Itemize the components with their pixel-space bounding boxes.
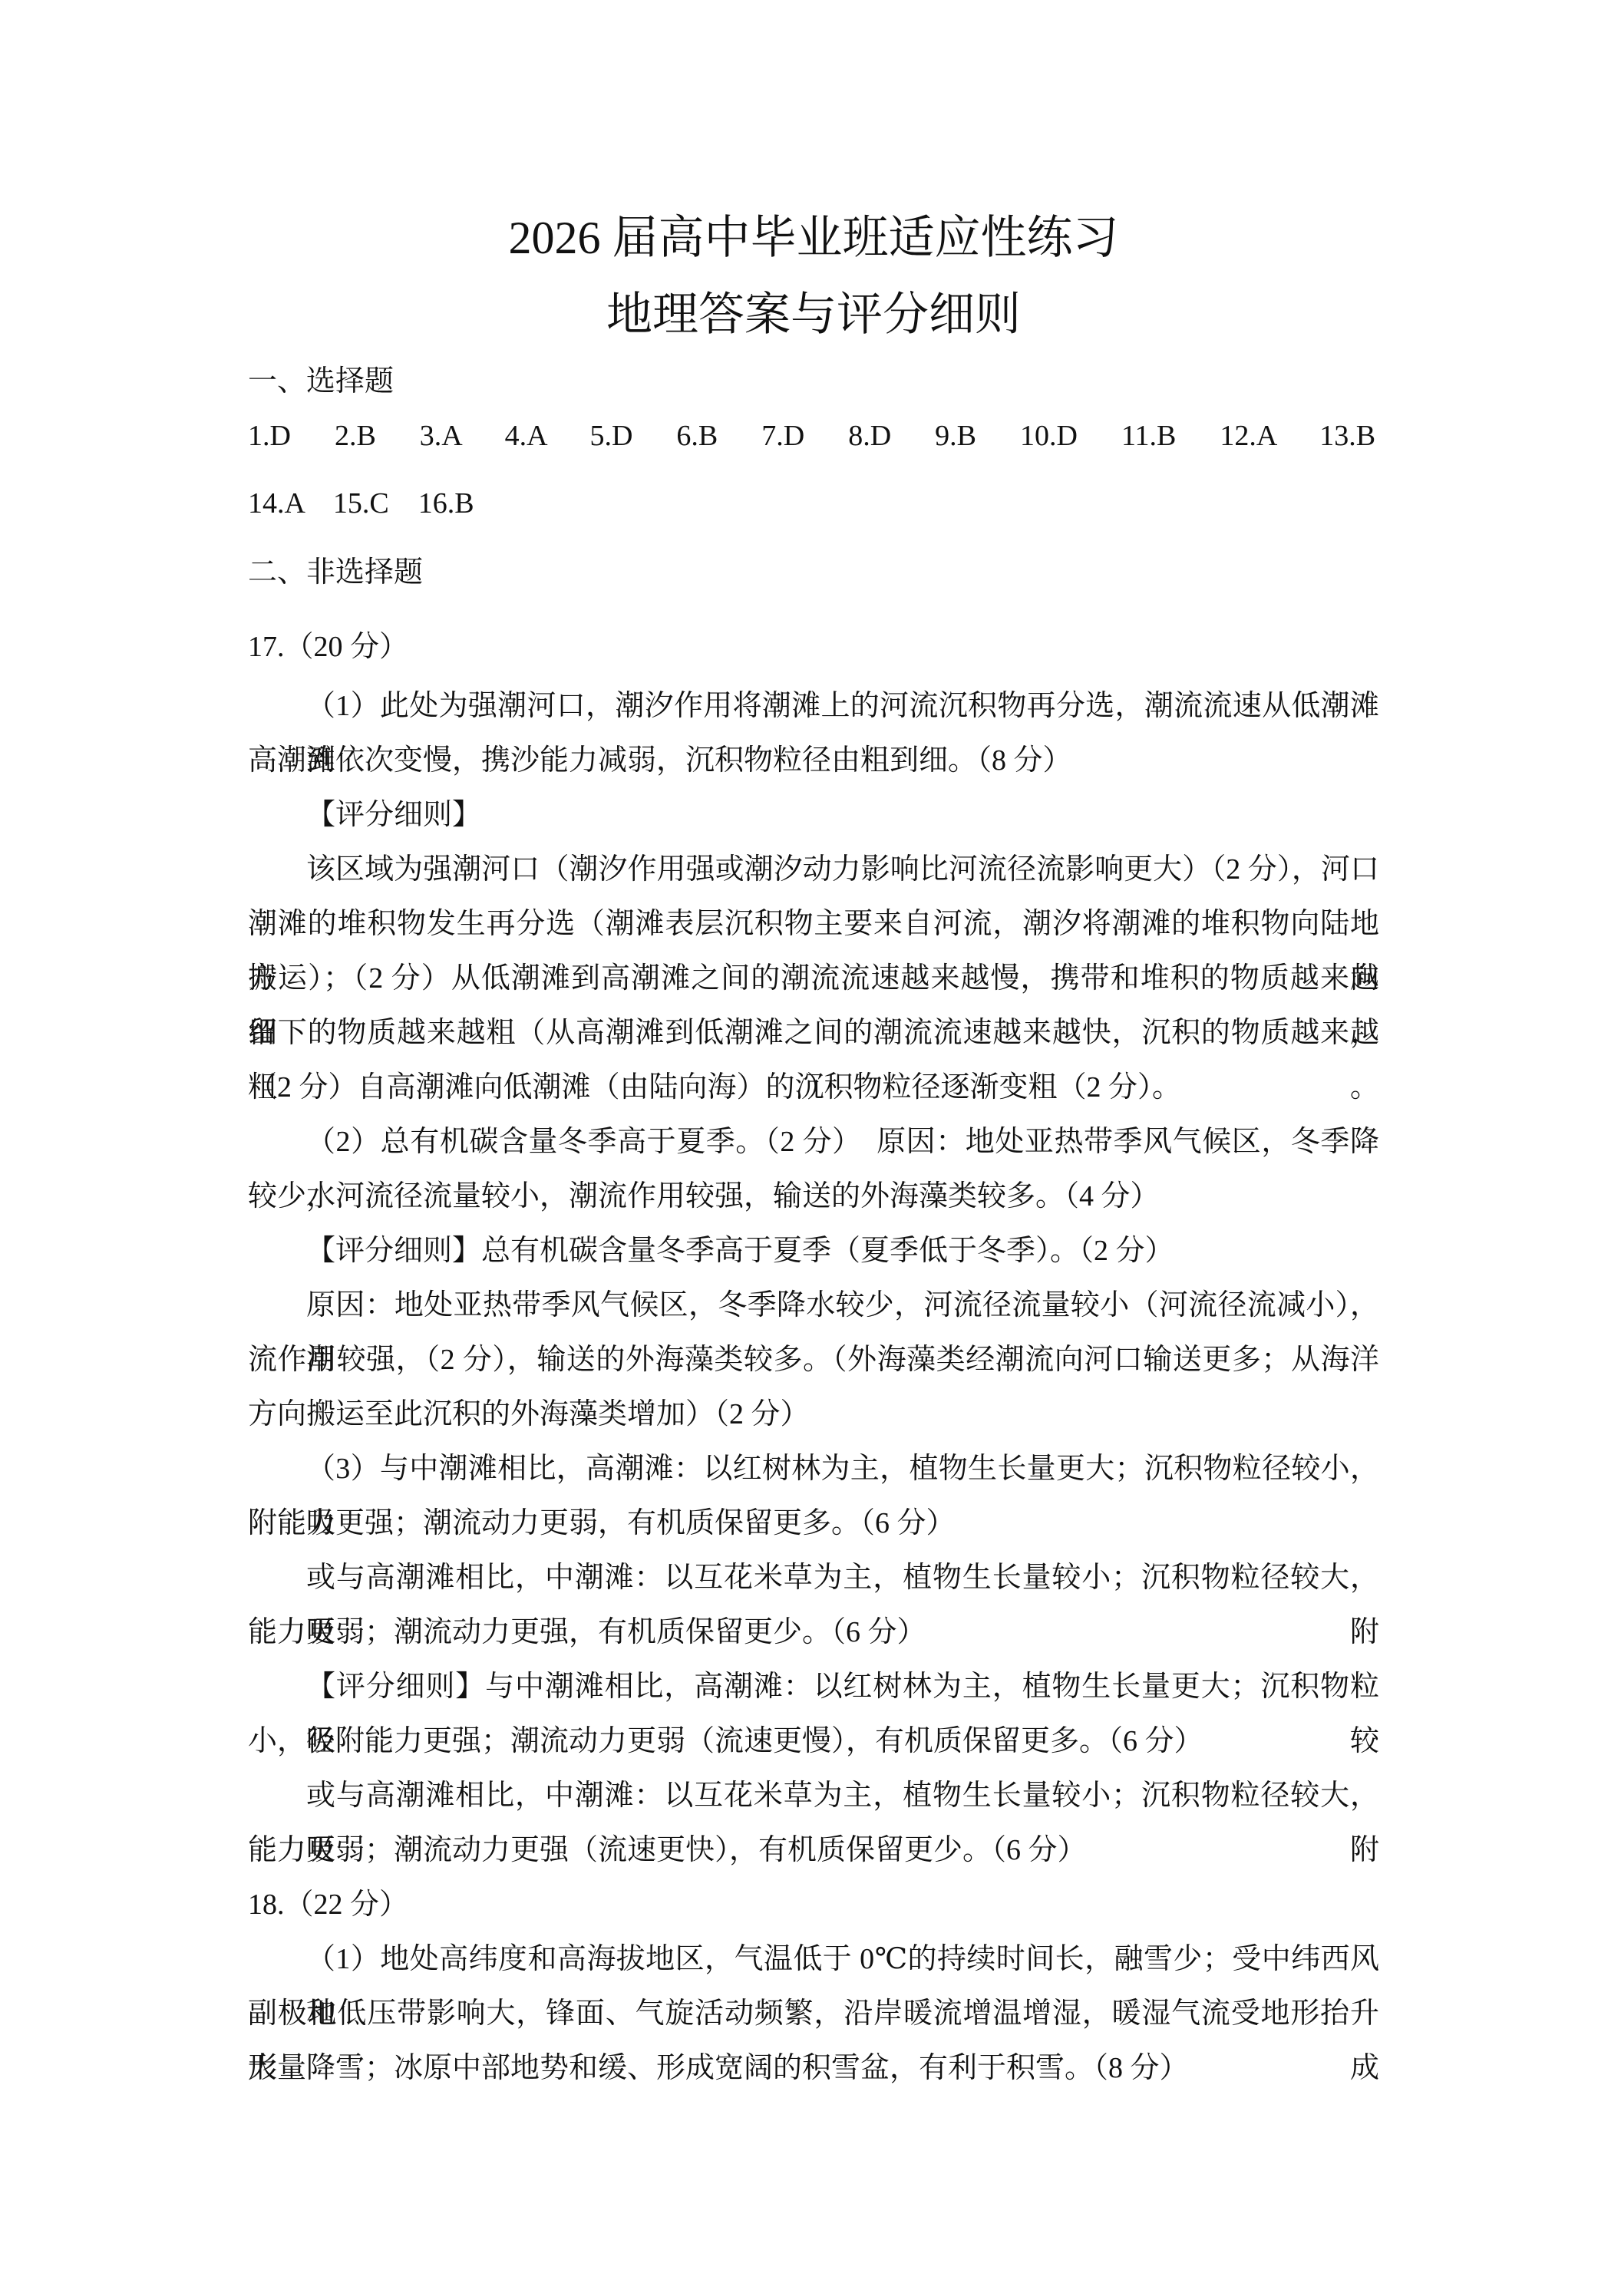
q17-line: 【评分细则】: [248, 788, 1379, 843]
q17-line: 原因：地处亚热带季风气候区，冬季降水较少，河流径流量较小（河流径流减小），潮: [248, 1278, 1379, 1333]
document-title-line-1: 2026 届高中毕业班适应性练习: [248, 200, 1379, 276]
q17-line: 附能力更强；潮流动力更弱，有机质保留更多。（6 分）: [248, 1496, 1379, 1551]
q17-line: （2）总有机碳含量冬季高于夏季。（2 分） 原因：地处亚热带季风气候区，冬季降水: [248, 1115, 1379, 1169]
q18-line: 副极地低压带影响大，锋面、气旋活动频繁，沿岸暖流增温增湿，暖湿气流受地形抬升形成: [248, 1987, 1379, 2041]
q17-line: 留下的物质越来越粗（从高潮滩到低潮滩之间的潮流流速越来越快，沉积的物质越来越粗）…: [248, 1006, 1379, 1061]
q17-line: 【评分细则】与中潮滩相比，高潮滩：以红树林为主，植物生长量更大；沉积物粒径较: [248, 1660, 1379, 1714]
document-content: 2026 届高中毕业班适应性练习 地理答案与评分细则 一、选择题 1.D 2.B…: [248, 0, 1379, 2096]
mcq-answers-row-2: 14.A 15.C 16.B: [248, 477, 1379, 531]
document-page: 2026 届高中毕业班适应性练习 地理答案与评分细则 一、选择题 1.D 2.B…: [0, 0, 1621, 2296]
q17-line: 搬运）；（2 分）从低潮滩到高潮滩之间的潮流流速越来越慢，携带和堆积的物质越来越…: [248, 952, 1379, 1006]
q17-line: 或与高潮滩相比，中潮滩：以互花米草为主，植物生长量较小；沉积物粒径较大，吸附: [248, 1769, 1379, 1823]
q18-header: 18.（22 分）: [248, 1878, 1379, 1932]
section2-heading: 二、非选择题: [248, 546, 1379, 600]
q17-line: 【评分细则】总有机碳含量冬季高于夏季（夏季低于冬季）。（2 分）: [248, 1224, 1379, 1278]
q17-line: （1）此处为强潮河口，潮汐作用将潮滩上的河流沉积物再分选，潮流流速从低潮滩到: [248, 679, 1379, 734]
q17-line: 较少，河流径流量较小，潮流作用较强，输送的外海藻类较多。（4 分）: [248, 1169, 1379, 1224]
q17-line: 该区域为强潮河口（潮汐作用强或潮汐动力影响比河流径流影响更大）（2 分），河口: [248, 843, 1379, 897]
q17-header: 17.（20 分）: [248, 620, 1379, 675]
document-title-line-2: 地理答案与评分细则: [248, 276, 1379, 353]
q17-line: （3）与中潮滩相比，高潮滩：以红树林为主，植物生长量更大；沉积物粒径较小，吸: [248, 1442, 1379, 1496]
section1-heading: 一、选择题: [248, 355, 1379, 409]
q17-line: 或与高潮滩相比，中潮滩：以互花米草为主，植物生长量较小；沉积物粒径较大，吸附: [248, 1551, 1379, 1605]
q17-line: 高潮滩依次变慢，携沙能力减弱，沉积物粒径由粗到细。（8 分）: [248, 734, 1379, 788]
q17-line: 潮滩的堆积物发生再分选（潮滩表层沉积物主要来自河流，潮汐将潮滩的堆积物向陆地方向: [248, 897, 1379, 952]
q17-line: 流作用较强，（2 分），输送的外海藻类较多。（外海藻类经潮流向河口输送更多；从海…: [248, 1333, 1379, 1387]
q17-line: 方向搬运至此沉积的外海藻类增加）（2 分）: [248, 1387, 1379, 1442]
q18-line: （1）地处高纬度和高海拔地区，气温低于 0℃的持续时间长，融雪少；受中纬西风和: [248, 1932, 1379, 1987]
mcq-answers-row-1: 1.D 2.B 3.A 4.A 5.D 6.B 7.D 8.D 9.B 10.D…: [248, 409, 1379, 463]
